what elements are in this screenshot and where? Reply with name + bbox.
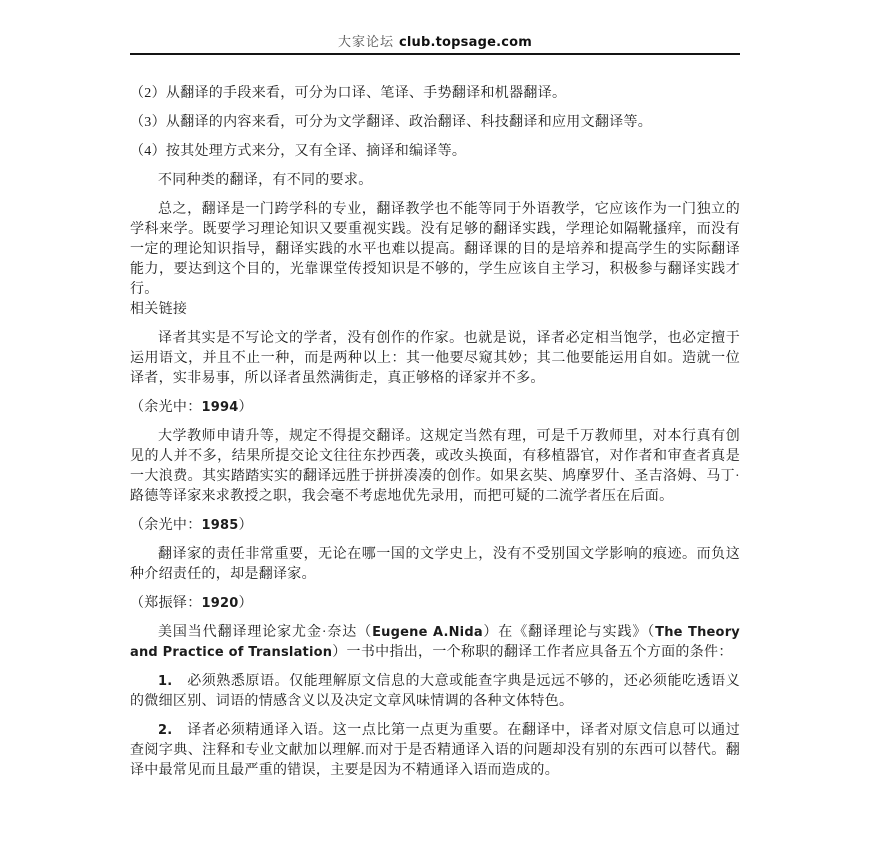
para-translation-by-processing: （4）按其处理方式来分，又有全译、摘译和编译等。 (130, 142, 740, 162)
para-different-requirements-text: 不同种类的翻译，有不同的要求。 (158, 173, 373, 188)
header-divider (130, 53, 740, 55)
para-summary-interdisciplinary: 总之，翻译是一门跨学科的专业，翻译教学也不能等同于外语教学，它应该作为一门独立的… (130, 200, 740, 300)
citation-yu-guangzhong-1994-text: ） (238, 400, 252, 415)
para-condition-1-source-language-text: 1. (158, 674, 172, 689)
citation-yu-guangzhong-1985-text: （余光中： (130, 518, 202, 533)
para-translation-by-processing-text: （4）按其处理方式来分，又有全译、摘译和编译等。 (130, 144, 466, 159)
citation-yu-guangzhong-1985: （余光中：1985） (130, 516, 740, 536)
para-translation-by-means: （2）从翻译的手段来看，可分为口译、笔译、手势翻译和机器翻译。 (130, 84, 740, 104)
citation-yu-guangzhong-1985-text: 1985 (202, 518, 239, 533)
para-translator-responsibility: 翻译家的责任非常重要，无论在哪一国的文学史上，没有不受别国文学影响的痕迹。而负这… (130, 545, 740, 585)
citation-zheng-zhenduo-1920-text: 1920 (202, 596, 239, 611)
para-condition-2-target-language: 2. 译者必须精通译入语。这一点比第一点更为重要。在翻译中，译者对原文信息可以通… (130, 721, 740, 781)
forum-url: club.topsage.com (399, 35, 532, 50)
related-links-label: 相关链接 (130, 300, 740, 320)
related-links-label-text: 相关链接 (130, 302, 187, 317)
citation-zheng-zhenduo-1920: （郑振铎：1920） (130, 594, 740, 614)
citation-yu-guangzhong-1994-text: 1994 (202, 400, 239, 415)
citation-zheng-zhenduo-1920-text: （郑振铎： (130, 596, 202, 611)
para-condition-1-source-language-text: 必须熟悉原语。仅能理解原文信息的大意或能查字典是远远不够的，还必须能吃透语义的微… (130, 674, 740, 709)
para-nida-five-conditions-text: Eugene A.Nida (372, 625, 483, 640)
para-university-teachers: 大学教师申请升等，规定不得提交翻译。这规定当然有理，可是千万教师里，对本行真有创… (130, 427, 740, 507)
citation-yu-guangzhong-1994-text: （余光中： (130, 400, 202, 415)
document-body: （2）从翻译的手段来看，可分为口译、笔译、手势翻译和机器翻译。（3）从翻译的内容… (130, 75, 740, 781)
para-condition-2-target-language-text: 译者必须精通译入语。这一点比第一点更为重要。在翻译中，译者对原文信息可以通过查阅… (130, 723, 740, 778)
para-translation-by-content-text: （3）从翻译的内容来看，可分为文学翻译、政治翻译、科技翻译和应用文翻译等。 (130, 115, 652, 130)
para-nida-five-conditions-text: ）一书中指出，一个称职的翻译工作者应具备五个方面的条件： (332, 645, 732, 660)
citation-yu-guangzhong-1985-text: ） (238, 518, 252, 533)
para-translator-as-scholar-text: 译者其实是不写论文的学者，没有创作的作家。也就是说，译者必定相当饱学，也必定擅于… (130, 331, 740, 386)
para-translator-as-scholar: 译者其实是不写论文的学者，没有创作的作家。也就是说，译者必定相当饱学，也必定擅于… (130, 329, 740, 389)
para-translation-by-means-text: （2）从翻译的手段来看，可分为口译、笔译、手势翻译和机器翻译。 (130, 86, 566, 101)
para-condition-1-source-language: 1. 必须熟悉原语。仅能理解原文信息的大意或能查字典是远远不够的，还必须能吃透语… (130, 672, 740, 712)
para-nida-five-conditions: 美国当代翻译理论家尤金·奈达（Eugene A.Nida）在《翻译理论与实践》（… (130, 623, 740, 663)
para-translator-responsibility-text: 翻译家的责任非常重要，无论在哪一国的文学史上，没有不受别国文学影响的痕迹。而负这… (130, 547, 740, 582)
page-header: 大家论坛club.topsage.com (130, 33, 740, 52)
citation-zheng-zhenduo-1920-text: ） (238, 596, 252, 611)
para-nida-five-conditions-text: 美国当代翻译理论家尤金·奈达（ (158, 625, 372, 640)
para-condition-2-target-language-text: 2. (158, 723, 172, 738)
para-summary-interdisciplinary-text: 总之，翻译是一门跨学科的专业，翻译教学也不能等同于外语教学，它应该作为一门独立的… (130, 202, 740, 297)
para-different-requirements: 不同种类的翻译，有不同的要求。 (130, 171, 740, 191)
para-nida-five-conditions-text: ）在《翻译理论与实践》（ (483, 625, 655, 640)
forum-name: 大家论坛 (338, 34, 394, 49)
document-page: 大家论坛club.topsage.com （2）从翻译的手段来看，可分为口译、笔… (0, 0, 870, 842)
para-university-teachers-text: 大学教师申请升等，规定不得提交翻译。这规定当然有理，可是千万教师里，对本行真有创… (130, 429, 740, 504)
citation-yu-guangzhong-1994: （余光中：1994） (130, 398, 740, 418)
para-translation-by-content: （3）从翻译的内容来看，可分为文学翻译、政治翻译、科技翻译和应用文翻译等。 (130, 113, 740, 133)
